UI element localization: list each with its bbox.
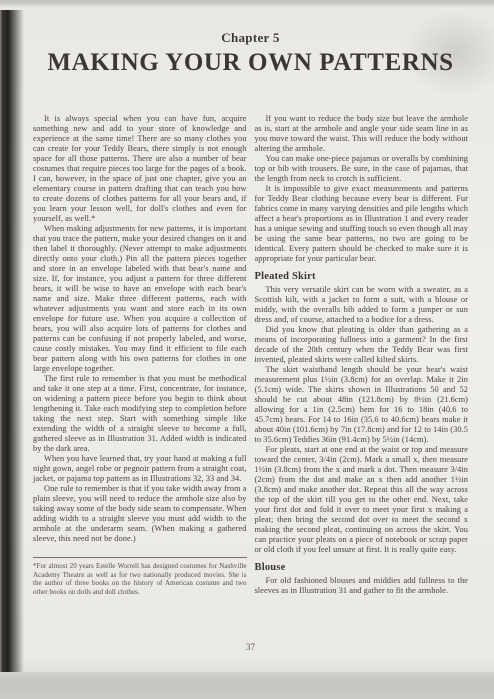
body-paragraph: One rule to remember is that if you take… (33, 484, 247, 544)
book-page-scan: Chapter 5 MAKING YOUR OWN PATTERNS It is… (0, 0, 494, 699)
page-spine-edge (0, 10, 24, 673)
body-paragraph: This very versatile skirt can be worn wi… (255, 285, 469, 325)
chapter-label: Chapter 5 (33, 30, 468, 46)
page-title: MAKING YOUR OWN PATTERNS (33, 49, 468, 77)
body-paragraph: When you have learned that, try your han… (33, 454, 247, 484)
body-paragraph: It is always special when you can have f… (33, 114, 247, 224)
body-paragraph: You can make one-piece pajamas or overal… (255, 154, 469, 184)
scan-edge-bottom (0, 672, 494, 699)
scan-edge-top (0, 0, 494, 7)
text-columns: It is always special when you can have f… (33, 114, 468, 596)
footnote: *For almost 20 years Estelle Worrell has… (33, 558, 247, 596)
page-content: Chapter 5 MAKING YOUR OWN PATTERNS It is… (33, 30, 468, 596)
body-paragraph: For old fashioned blouses and middies ad… (255, 576, 469, 596)
section-heading-pleated-skirt: Pleated Skirt (255, 272, 469, 282)
page-number: 37 (33, 642, 468, 652)
body-paragraph: The skirt waistband length should be you… (255, 365, 469, 445)
body-paragraph: It is impossible to give exact measureme… (255, 184, 469, 264)
body-paragraph: When making adjustments for new patterns… (33, 224, 247, 374)
body-paragraph: If you want to reduce the body size but … (255, 114, 469, 154)
body-paragraph: For pleats, start at one end at the wais… (255, 445, 469, 555)
body-paragraph: The first rule to remember is that you m… (33, 374, 247, 454)
right-column: If you want to reduce the body size but … (255, 114, 469, 596)
body-paragraph: Did you know that pleating is older than… (255, 325, 469, 365)
section-heading-blouse: Blouse (255, 563, 469, 573)
left-column: It is always special when you can have f… (33, 114, 247, 596)
